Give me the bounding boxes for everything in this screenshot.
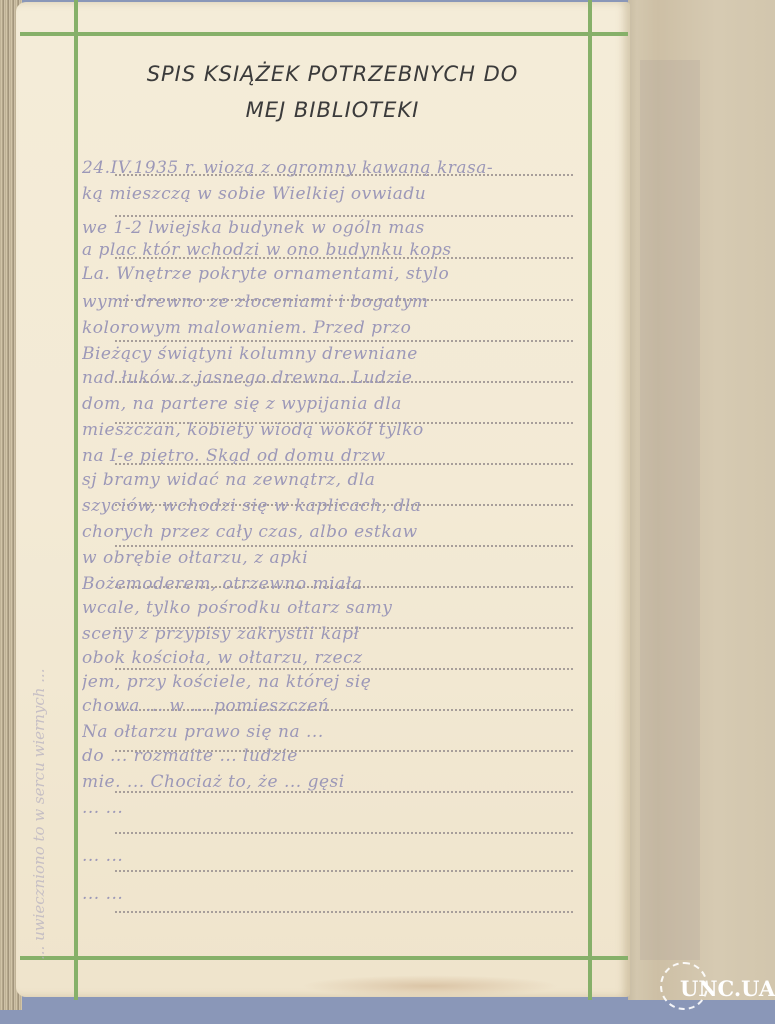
green-rule-top <box>20 32 628 36</box>
handwriting-line: wymi drewno ze złoceniami i bogatym <box>82 292 592 312</box>
dotted-line <box>115 215 573 217</box>
handwriting-line: sj bramy widać na zewnątrz, dla <box>82 470 592 490</box>
cover-stain <box>640 60 700 960</box>
page-title-line-2: MEJ BIBLIOTEKI <box>80 98 585 122</box>
handwriting-line: ... ... <box>82 884 592 904</box>
dotted-line <box>115 340 573 342</box>
handwriting-line: Bieżący świątyni kolumny drewniane <box>82 344 592 364</box>
handwriting-line: mieszczan, kobiety wiodą wokół tylko <box>82 420 592 440</box>
handwriting-line: wcale, tylko pośrodku ołtarz samy <box>82 598 592 618</box>
margin-handwriting: ... uwieczniono to w sercu wiernych ... <box>30 80 70 960</box>
green-rule-bottom <box>20 956 628 960</box>
handwriting-line: ... ... <box>82 846 592 866</box>
handwriting-line: sceny z przypisy zakrystii kapł <box>82 624 592 644</box>
book: ... uwieczniono to w sercu wiernych ... … <box>0 0 775 1010</box>
handwriting-line: w obrębie ołtarzu, z apki <box>82 548 592 568</box>
handwriting-line: obok kościoła, w ołtarzu, rzecz <box>82 648 592 668</box>
dotted-line <box>115 911 573 913</box>
handwriting-line: dom, na partere się z wypijania dla <box>82 394 592 414</box>
handwriting-line: jem, przy kościele, na której się <box>82 672 592 692</box>
dotted-line <box>115 870 573 872</box>
page-title-line-1: SPIS KSIĄŻEK POTRZEBNYCH DO <box>80 62 585 86</box>
water-stain <box>300 975 560 997</box>
handwriting-line: 24.IV.1935 r. wiozą z ogromny kawaną kra… <box>82 158 592 178</box>
dotted-line <box>115 832 573 834</box>
handwriting-line: na I-e piętro. Skąd od domu drzw <box>82 446 592 466</box>
handwriting-line: ką mieszczą w sobie Wielkiej ovwiadu <box>82 184 592 204</box>
handwriting-line: mie. ... Chociaż to, że ... gęsi <box>82 772 592 792</box>
handwriting-line: a plac któr wchodzi w ono budynku kops <box>82 240 592 260</box>
handwriting-line: chorych przez cały czas, albo estkaw <box>82 522 592 542</box>
handwriting-line: chowa ... w ... pomieszczeń <box>82 696 592 716</box>
handwriting-line: Bożemoderem, otrzewno miała <box>82 574 592 594</box>
dotted-line <box>115 545 573 547</box>
green-rule-left <box>74 0 78 1000</box>
handwriting-line: kolorowym malowaniem. Przed przo <box>82 318 592 338</box>
handwriting-line: La. Wnętrze pokryte ornamentami, stylo <box>82 264 592 284</box>
handwriting-line: do ... rozmaite ... ludzie <box>82 746 592 766</box>
handwriting-line: nad łuków z jasnego drewna. Ludzie <box>82 368 592 388</box>
handwriting-line: ... ... <box>82 798 592 818</box>
handwriting-line: Na ołtarzu prawo się na ... <box>82 722 592 742</box>
handwriting-line: we 1-2 lwiejska budynek w ogóln mas <box>82 218 592 238</box>
handwriting-line: szyciów, wchodzi się w kaplicach, dla <box>82 496 592 516</box>
dotted-line <box>115 668 573 670</box>
watermark: UNC.UA <box>680 976 775 1001</box>
